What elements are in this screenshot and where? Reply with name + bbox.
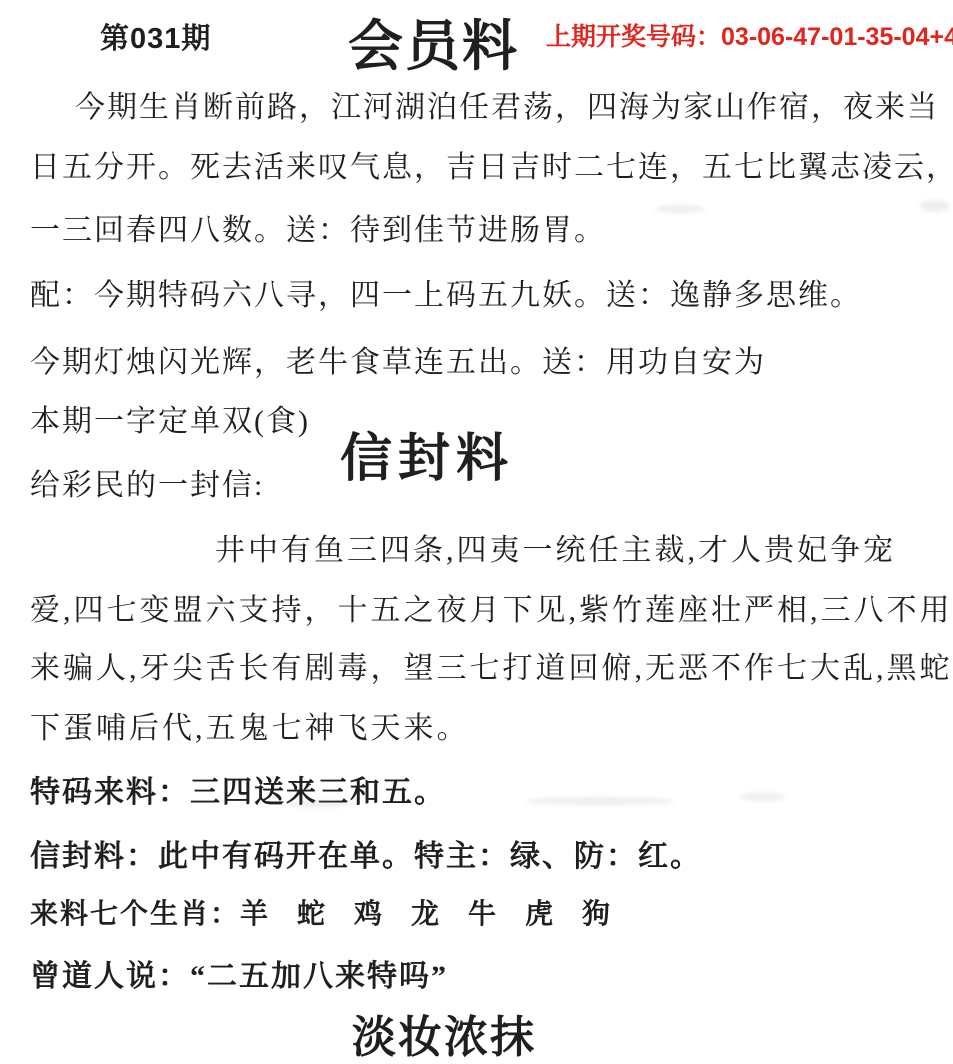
lottery-tip-sheet: 第031期 会员料 上期开奖号码：03-06-47-01-35-04+41 今期… (0, 0, 953, 1064)
member-verse-line: 配：今期特码六八寻，四一上码五九妖。送：逸静多思维。 (30, 270, 862, 314)
zodiac-label: 来料七个生肖： (30, 899, 240, 930)
single-double-line: 本期一字定单双(食) (30, 396, 310, 440)
issue-number: 第031期 (100, 16, 211, 57)
scan-artifact (283, 801, 353, 807)
last-draw-numbers: 03-06-47-01-35-04+41 (721, 23, 953, 51)
member-verse-line: 一三回春四八数。送：待到佳节进肠胃。 (30, 205, 606, 249)
member-verse-line: 日五分开。死去活来叹气息，吉日吉时二七连，五七比翼志凌云， (30, 142, 953, 186)
scan-artifact (655, 205, 705, 213)
special-number-tip: 特码来料：三四送来三和五。 (30, 767, 446, 811)
scan-artifact (740, 793, 785, 801)
envelope-tip: 信封料：此中有码开在单。特主：绿、防：红。 (30, 831, 702, 875)
zodiac-tip: 来料七个生肖：羊 蛇 鸡 龙 牛 虎 狗 (30, 892, 612, 932)
last-draw-result: 上期开奖号码：03-06-47-01-35-04+41 (546, 17, 953, 53)
envelope-section-heading: 信封料 (340, 416, 514, 491)
member-verse-line: 今期生肖断前路，江河湖泊任君荡，四海为家山作宿，夜来当 (75, 82, 939, 126)
scan-artifact (920, 200, 950, 212)
master-quote: 曾道人说：“二五加八来特吗” (30, 951, 448, 995)
letter-intro: 给彩民的一封信: (30, 460, 264, 504)
zodiac-animals: 羊 蛇 鸡 龙 牛 虎 狗 (240, 899, 612, 930)
member-verse-line: 今期灯烛闪光辉，老牛食草连五出。送：用功自安为 (30, 337, 766, 381)
scan-artifact (525, 797, 675, 805)
sheet-title: 会员料 (348, 2, 519, 81)
letter-line: 下蛋哺后代,五鬼七神飞天来。 (30, 703, 470, 747)
letter-line: 来骗人,牙尖舌长有剧毒，望三七打道回俯,无恶不作七大乱,黑蛇 (30, 643, 953, 687)
last-draw-label: 上期开奖号码： (546, 23, 721, 51)
letter-line: 井中有鱼三四条,四夷一统任主裁,才人贵妃争宠 (215, 525, 896, 569)
footer-section-heading: 淡妆浓抹 (352, 1001, 536, 1064)
letter-line: 爱,四七变盟六支持，十五之夜月下见,紫竹莲座壮严相,三八不用 (30, 585, 953, 629)
